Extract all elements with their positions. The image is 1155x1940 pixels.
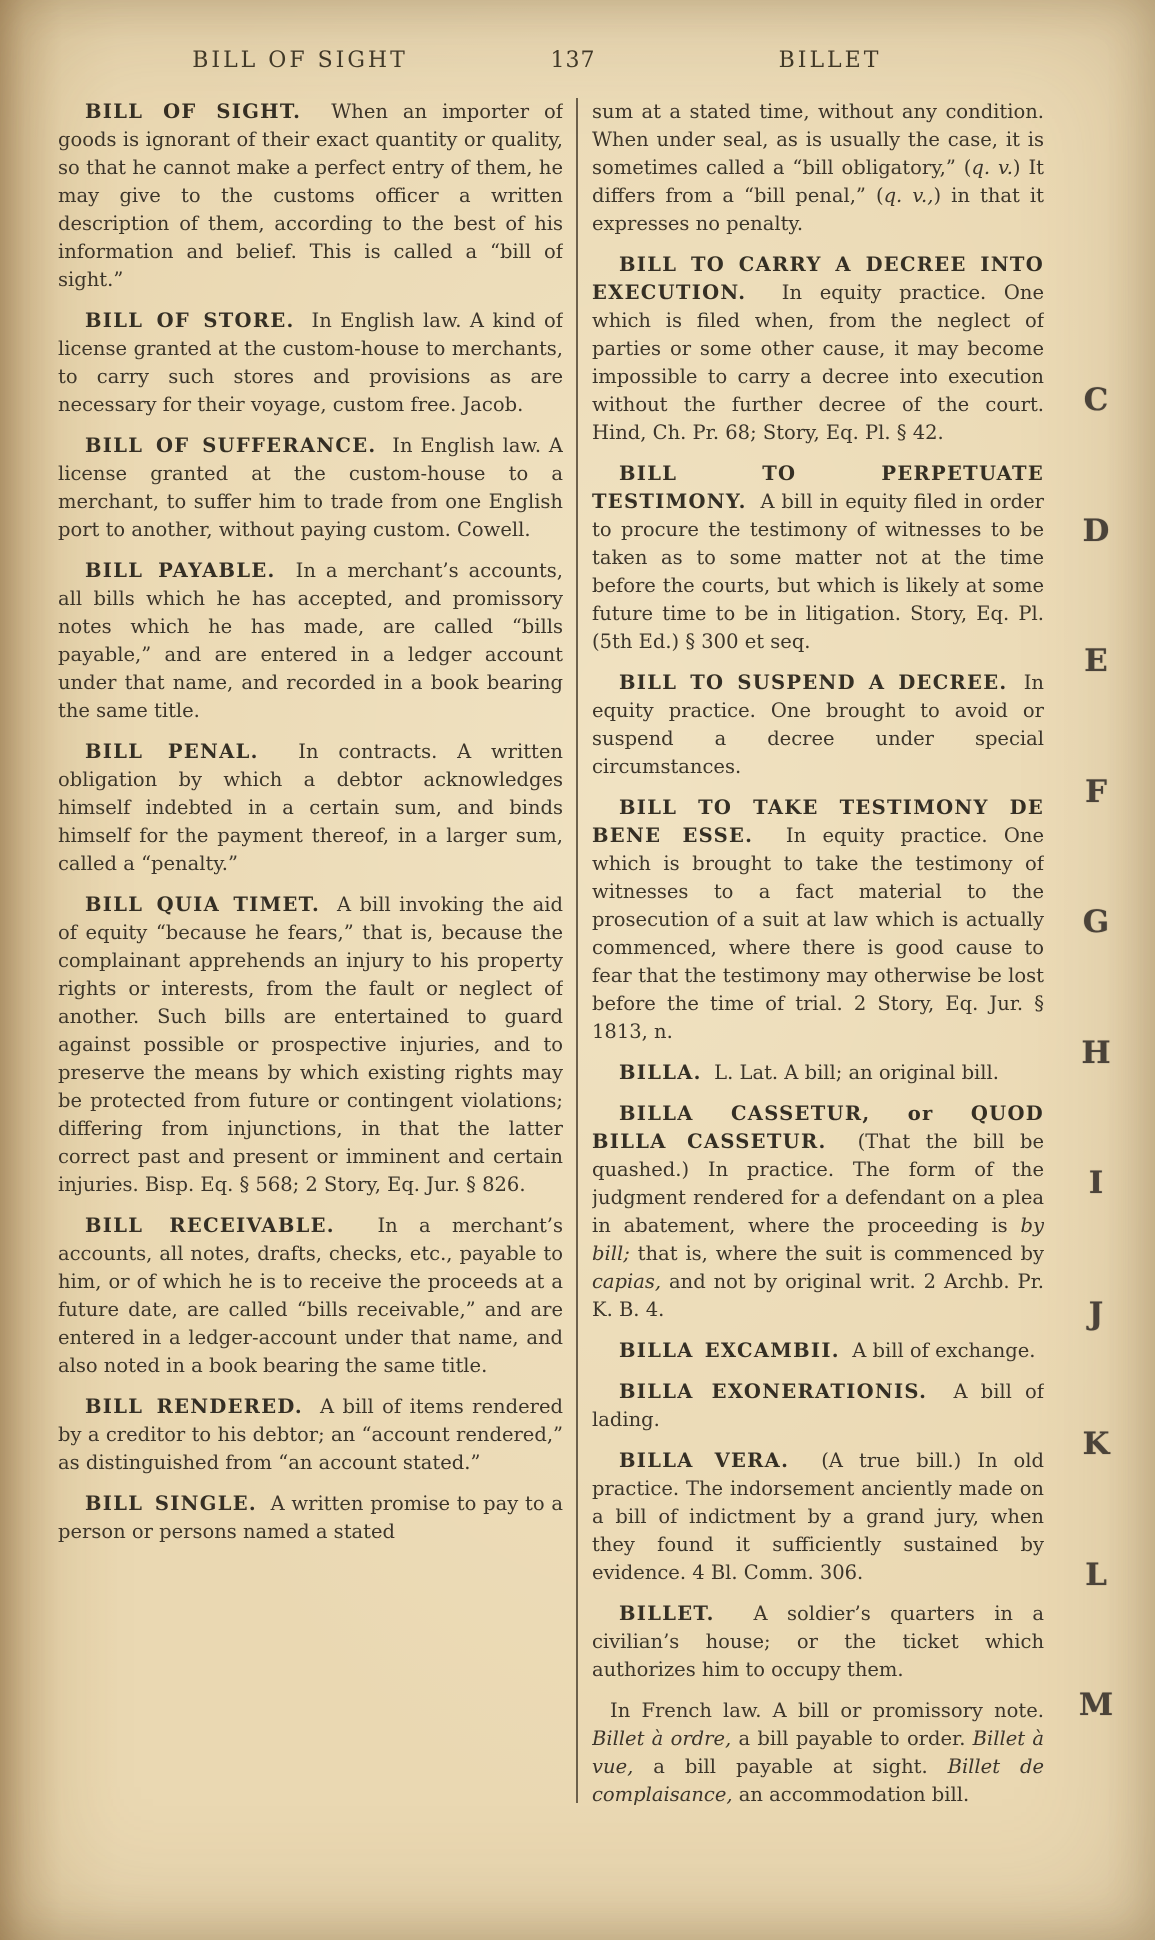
dictionary-entry-bill-to-perpetuate-testimony: BILL TO PERPETUATE TESTIMONY. A bill in … (592, 460, 1044, 656)
entry-term: BILL OF STORE. (85, 309, 295, 332)
dictionary-entry-bill-single: BILL SINGLE. A written promise to pay to… (58, 1490, 563, 1546)
thumb-index-letter-d: D (1072, 516, 1120, 546)
dictionary-entry-continuation-11: In French law. A bill or promissory note… (592, 1697, 1044, 1809)
dictionary-entry-bill-to-carry-a-decree-into-execution: BILL TO CARRY A DECREE INTO EXECUTION. I… (592, 251, 1044, 447)
thumb-index-letter-h: H (1072, 1038, 1120, 1068)
dictionary-entry-bill-payable: BILL PAYABLE. In a merchant’s accounts, … (58, 557, 563, 725)
italic-phrase: q. v., (884, 184, 934, 207)
dictionary-entry-billa-cassetur-or-quod-billa-cassetur: BILLA CASSETUR, or QUOD BILLA CASSETUR. … (592, 1100, 1044, 1324)
text-column-left: BILL OF SIGHT. When an importer of goods… (58, 98, 563, 1818)
running-head-right: BILLET (710, 48, 950, 73)
running-head-left: BILL OF SIGHT (140, 48, 460, 73)
entry-term: BILL OF SUFFERANCE. (85, 434, 376, 457)
dictionary-entry-billa-excambii: BILLA EXCAMBII. A bill of exchange. (592, 1337, 1044, 1365)
entry-term: BILL OF SIGHT. (85, 100, 301, 123)
dictionary-entry-bill-to-suspend-a-decree: BILL TO SUSPEND A DECREE. In equity prac… (592, 669, 1044, 781)
thumb-index-letter-m: M (1072, 1690, 1120, 1720)
italic-phrase: capias, (592, 1270, 661, 1293)
thumb-index-letter-l: L (1072, 1560, 1120, 1590)
dictionary-entry-bill-of-sight: BILL OF SIGHT. When an importer of goods… (58, 98, 563, 294)
entry-term: BILL RECEIVABLE. (85, 1214, 335, 1237)
thumb-index-letter-j: J (1072, 1299, 1120, 1329)
dictionary-entry-bill-receivable: BILL RECEIVABLE. In a merchant’s account… (58, 1212, 563, 1380)
entry-term: BILL TO SUSPEND A DECREE. (619, 671, 1007, 694)
entry-term: BILL TO CARRY A DECREE INTO EXECUTION. (592, 253, 1044, 304)
entry-term: BILLA VERA. (619, 1449, 789, 1472)
entry-term: BILL TO TAKE TESTIMONY DE BENE ESSE. (592, 796, 1044, 847)
thumb-index-letter-g: G (1072, 907, 1120, 937)
thumb-index-letter-f: F (1072, 777, 1120, 807)
entry-term: BILL QUIA TIMET. (85, 893, 320, 916)
dictionary-entry-bill-quia-timet: BILL QUIA TIMET. A bill invoking the aid… (58, 891, 563, 1199)
thumb-index-letter-k: K (1072, 1429, 1120, 1459)
dictionary-page: BILL OF SIGHT 137 BILLET BILL OF SIGHT. … (0, 0, 1155, 1940)
entry-term: BILLA EXCAMBII. (619, 1339, 840, 1362)
thumb-index-letter-c: C (1072, 385, 1120, 415)
entry-term: BILL RENDERED. (85, 1395, 303, 1418)
dictionary-entry-bill-of-sufferance: BILL OF SUFFERANCE. In English law. A li… (58, 432, 563, 544)
thumb-index-letter-e: E (1072, 646, 1120, 676)
entry-term: BILLA CASSETUR, or QUOD BILLA CASSETUR. (592, 1102, 1044, 1153)
dictionary-entry-bill-to-take-testimony-de-bene-esse: BILL TO TAKE TESTIMONY DE BENE ESSE. In … (592, 794, 1044, 1046)
italic-phrase: by bill; (592, 1214, 1044, 1265)
entry-term: BILLA. (619, 1061, 702, 1084)
dictionary-entry-bill-of-store: BILL OF STORE. In English law. A kind of… (58, 307, 563, 419)
dictionary-entry-billa: BILLA. L. Lat. A bill; an original bill. (592, 1059, 1044, 1087)
dictionary-entry-billa-exonerationis: BILLA EXONERATIONIS. A bill of lading. (592, 1378, 1044, 1434)
dictionary-entry-continuation-0: sum at a stated time, without any condit… (592, 98, 1044, 238)
entry-term: BILLA EXONERATIONIS. (619, 1380, 927, 1403)
italic-phrase: Billet à ordre, (592, 1727, 731, 1750)
page-number: 137 (533, 48, 613, 73)
entry-term: BILL SINGLE. (85, 1492, 257, 1515)
dictionary-entry-billa-vera: BILLA VERA. (A true bill.) In old practi… (592, 1447, 1044, 1587)
dictionary-entry-bill-penal: BILL PENAL. In contracts. A written obli… (58, 738, 563, 878)
italic-phrase: Billet de complaisance, (592, 1755, 1044, 1806)
column-divider-rule (576, 98, 578, 1803)
italic-phrase: q. v. (971, 156, 1013, 179)
entry-term: BILL TO PERPETUATE TESTIMONY. (592, 462, 1044, 513)
entry-term: BILL PENAL. (85, 740, 259, 763)
dictionary-entry-billet: BILLET. A soldier’s quarters in a civili… (592, 1600, 1044, 1684)
thumb-index-letter-i: I (1072, 1168, 1120, 1198)
text-column-right: sum at a stated time, without any condit… (592, 98, 1044, 1818)
entry-term: BILL PAYABLE. (85, 559, 276, 582)
thumb-index: CDEFGHIJKLM (1072, 0, 1120, 1940)
entry-term: BILLET. (619, 1602, 715, 1625)
dictionary-entry-bill-rendered: BILL RENDERED. A bill of items rendered … (58, 1393, 563, 1477)
